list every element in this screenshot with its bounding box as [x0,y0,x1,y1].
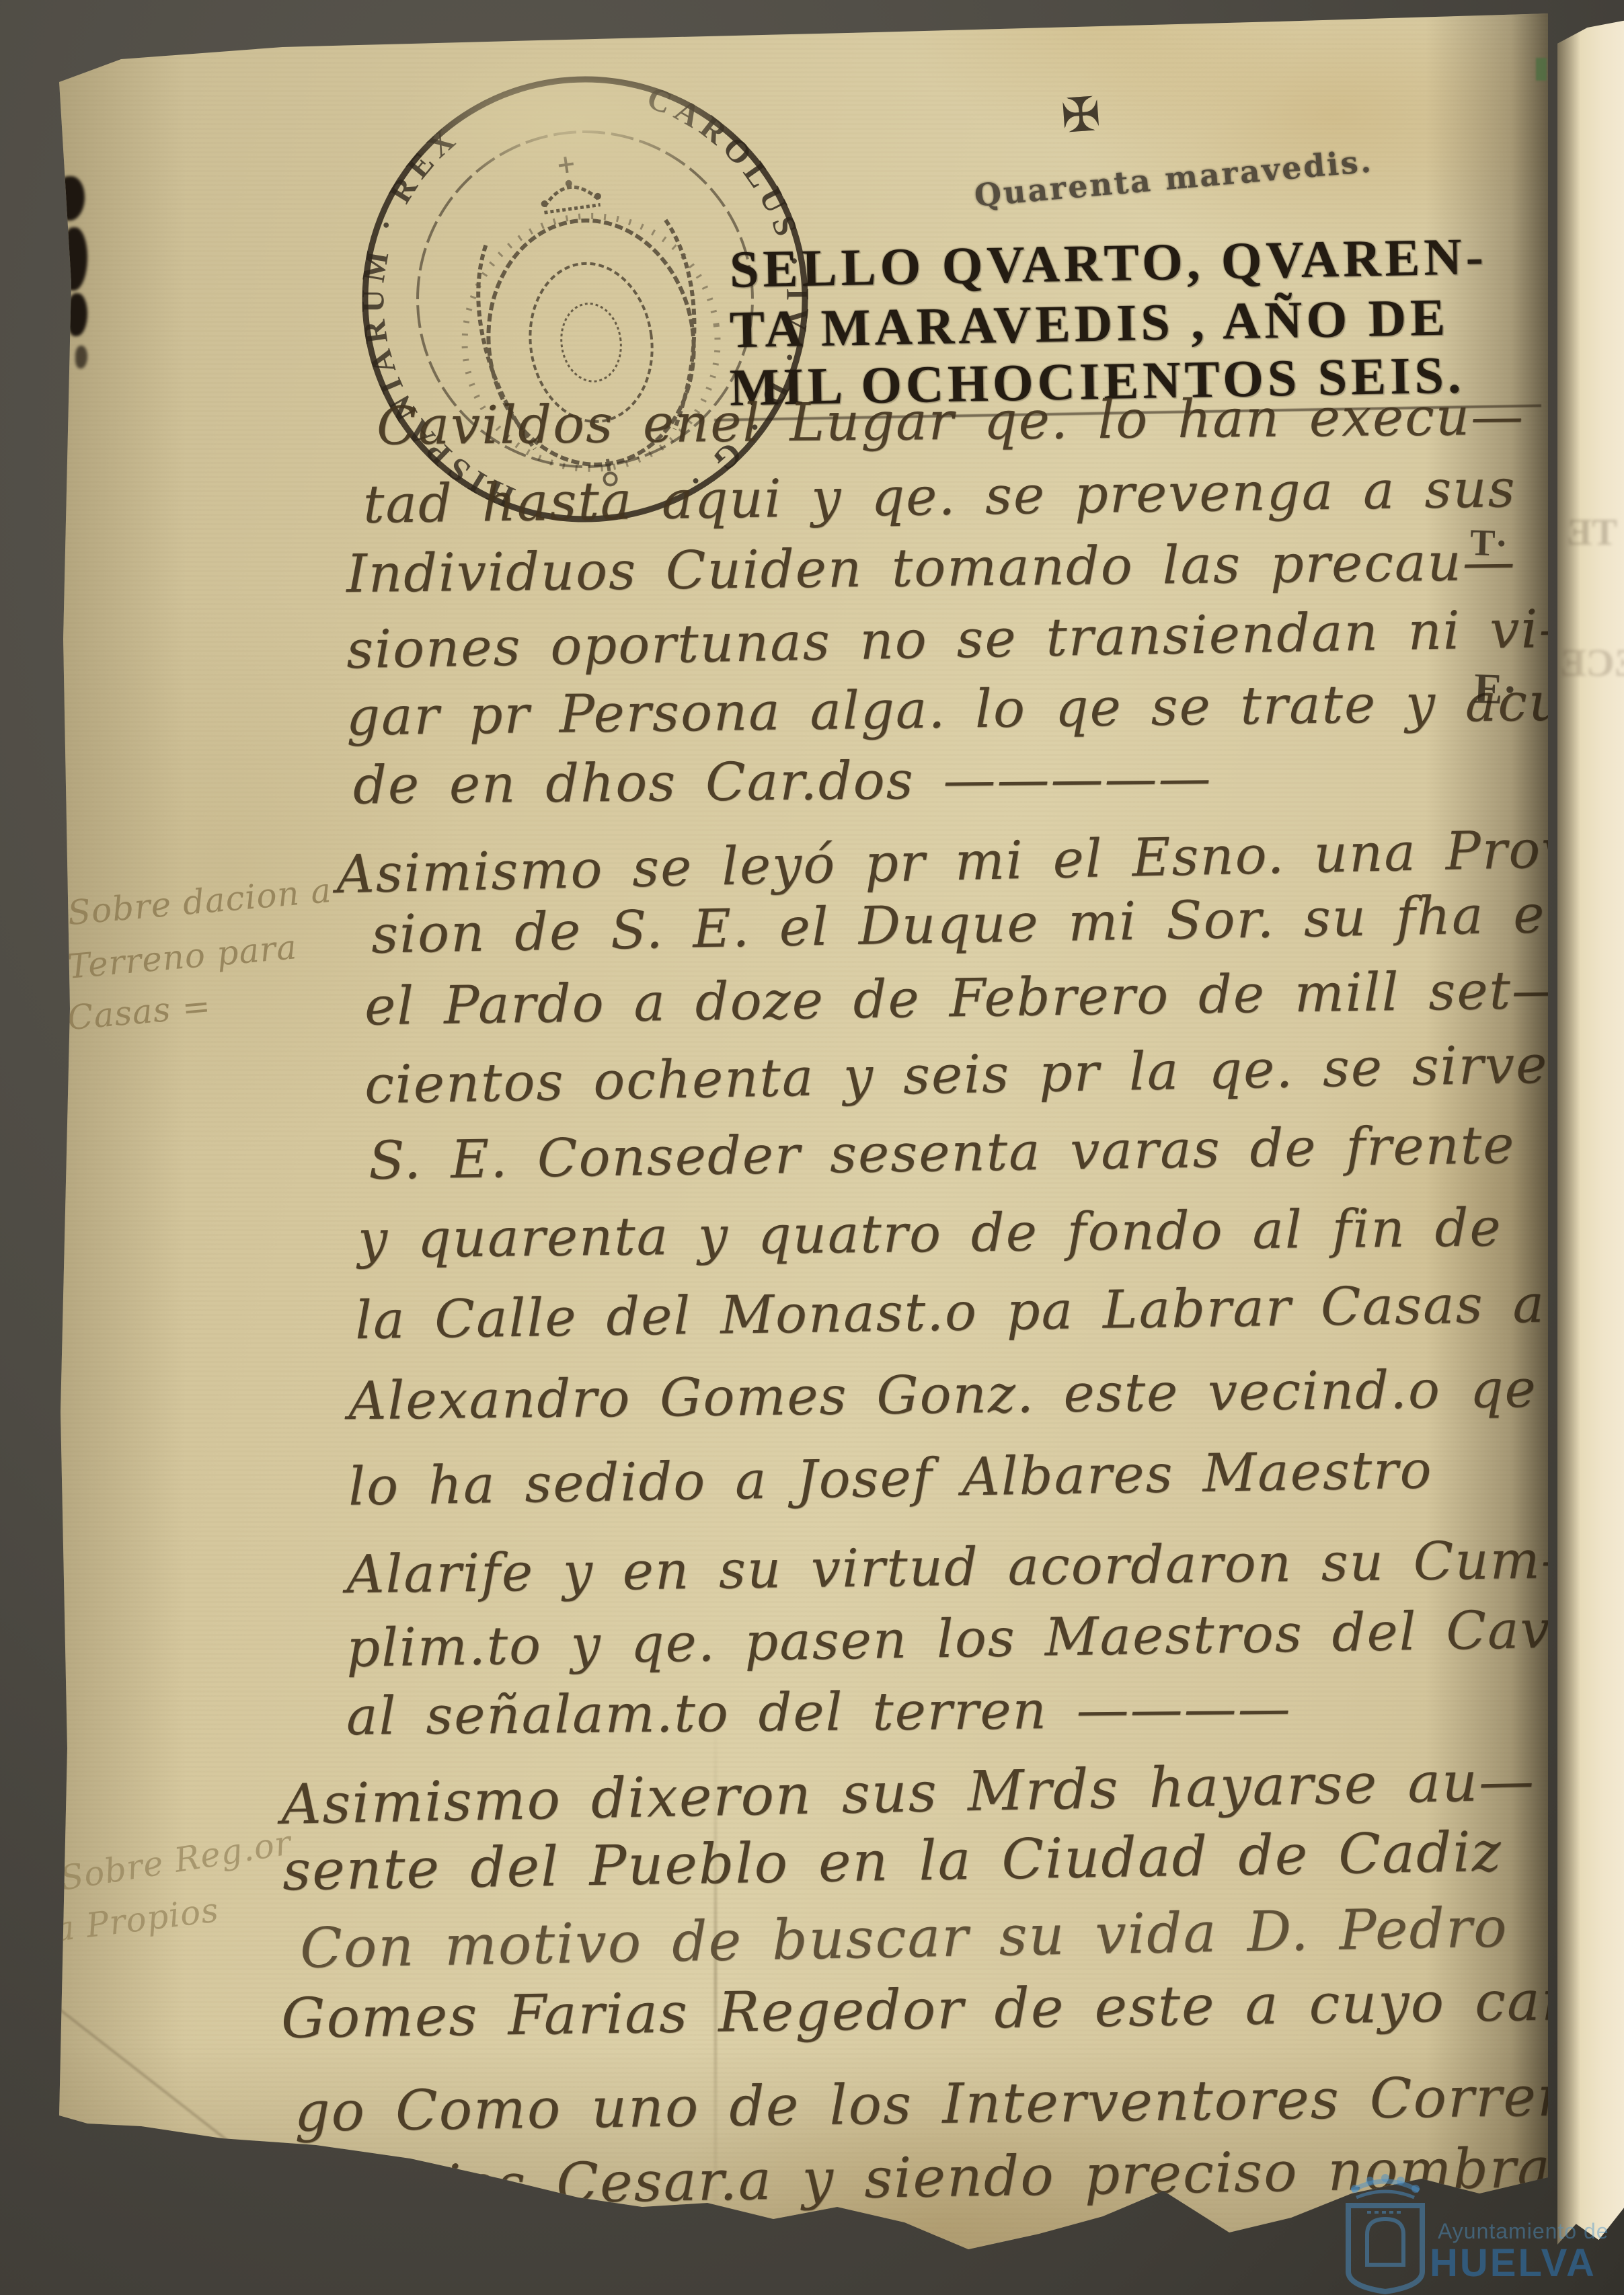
watermark-city-label: HUELVA [1430,2241,1596,2286]
manuscript-scan: CAROLUS · IV · D · G · HISPANIARUM · REX [0,0,1624,2295]
manuscript-page: CAROLUS · IV · D · G · HISPANIARUM · REX [0,0,1624,2295]
cross-mark: ✠ [1059,86,1102,144]
adjacent-page-edge-shadow [1557,0,1580,2295]
vertical-crease [714,1721,717,2232]
gutter-fibre-mark [1536,58,1547,81]
huelva-crest-icon [1342,2171,1429,2295]
printed-header-line-1: SELLO QVARTO, QVAREN- [729,230,1487,296]
printed-header-line-2: TA MARAVEDIS , AÑO DE [729,291,1449,356]
fold-crease [40,2138,309,2228]
mirrored-show-through: ECE [1560,640,1624,685]
seal-wear-fade [403,47,740,195]
handwritten-line: Gomes Farias Regedor de este a cuyo car— [281,1973,1624,2047]
mirrored-show-through: TE [1567,511,1617,554]
adjacent-page: TE ECE [1557,0,1624,2295]
handwritten-line: y quarenta y quatro de fondo al fin de [358,1202,1502,1266]
handwritten-line: Con motivo de buscar su vida D. Pedro [299,1900,1508,1976]
handwritten-line: cientos ochenta y seis pr la qe. se sirv… [364,1039,1548,1112]
handwritten-line: Individuos Cuiden tomando las precau— [346,536,1516,600]
handwritten-line: Asimismo dixeron sus Mrds hayarse au— [280,1754,1535,1833]
handwritten-line: siones oportunas no se transiendan ni vi… [346,602,1593,676]
handwritten-line: Alarife y en su virtud acordaron su Cum— [346,1534,1595,1602]
archive-watermark: Ayuntamiento de HUELVA [1338,2167,1624,2295]
handwritten-line: Cavildos enel Lugar qe. lo han execu— [377,391,1525,453]
handwritten-line: Alexandro Gomes Gonz. este vecind.o qe [348,1363,1537,1428]
gutter-shadow [1426,0,1548,2295]
handwritten-line: lo ha sedido a Josef Albares Maestro [348,1444,1433,1513]
tax-stamp-note: Quarenta maravedis. [973,143,1375,214]
handwritten-line: de en dhos Car.dos ————— [353,752,1212,812]
handwritten-line: el Pardo a doze de Febrero de mill set— [364,964,1566,1034]
handwritten-line: al señalam.to del terren ———— [346,1682,1292,1743]
handwritten-line: S. E. Conseder sesenta varas de frente [369,1119,1516,1188]
handwritten-line: tad hasta aqui y qe. se prevenga a sus [363,463,1517,531]
handwritten-line: go Como uno de los Interventores Corren … [295,2068,1624,2140]
handwritten-line: sente del Pueblo en la Ciudad de Cadiz [282,1825,1502,1899]
ink-blot [0,62,24,180]
